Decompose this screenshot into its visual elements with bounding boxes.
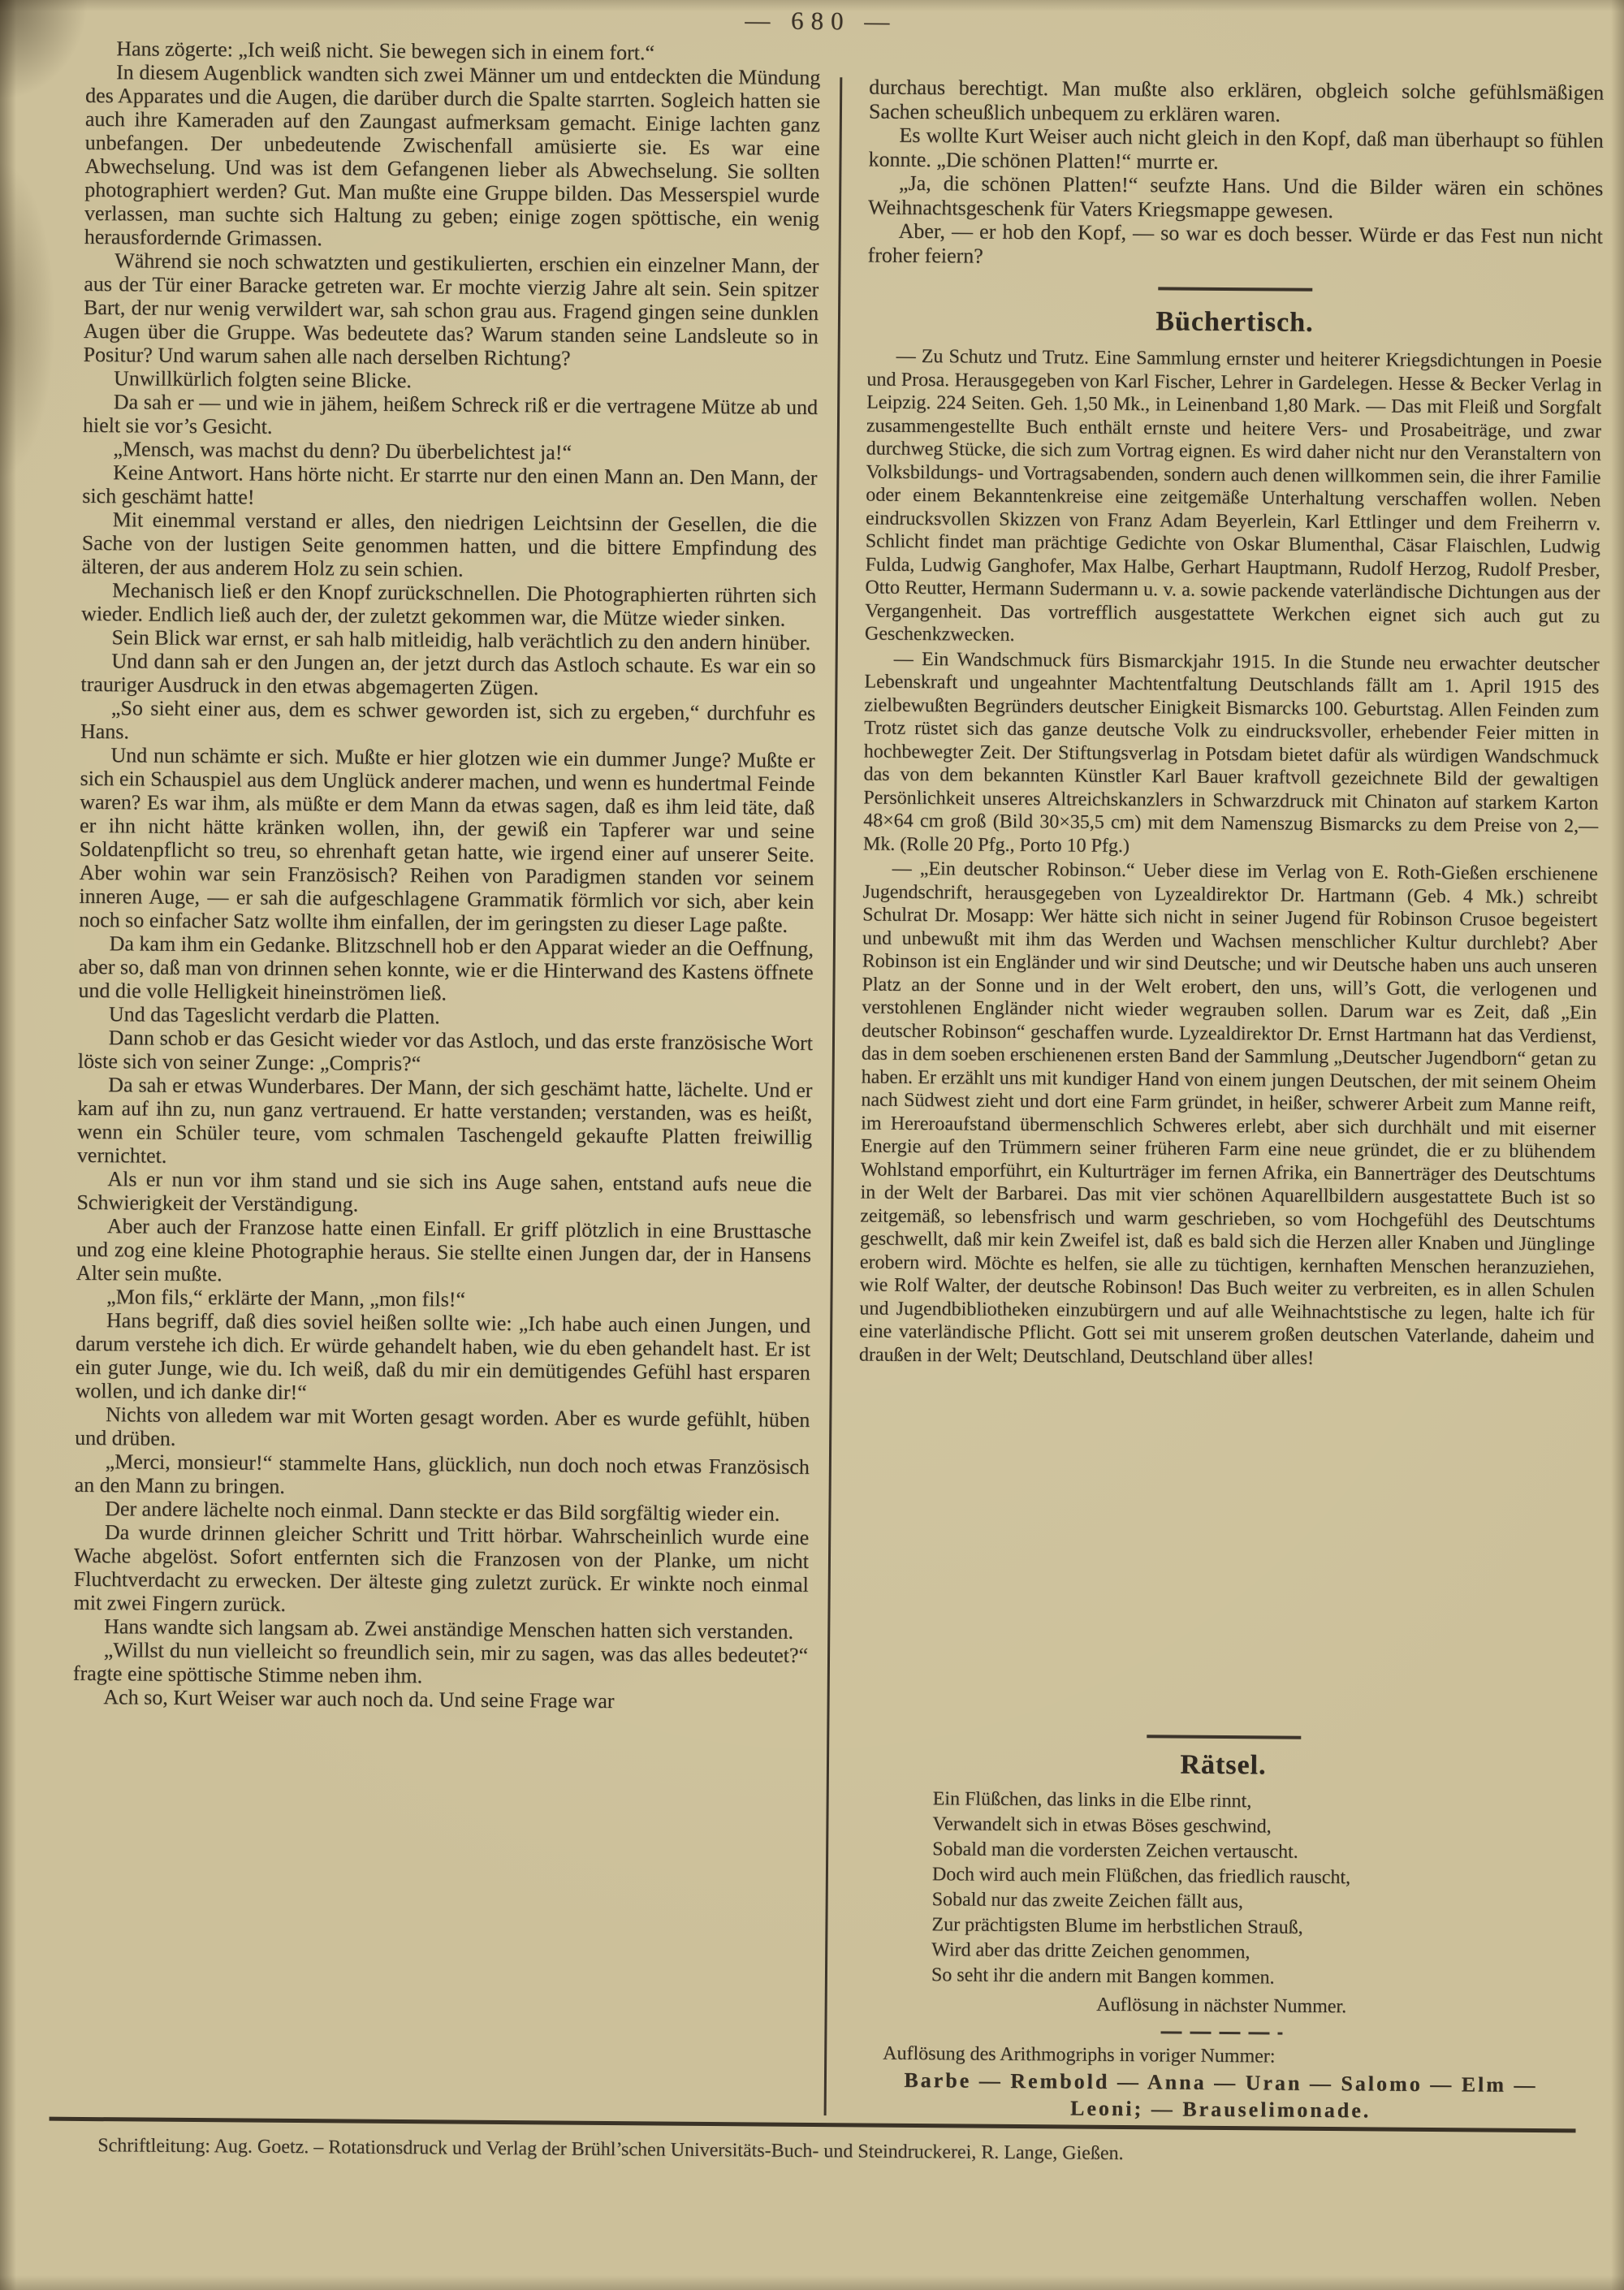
story-paragraph: Keine Antwort. Hans hörte nicht. Er star… — [82, 460, 817, 513]
section-divider — [1147, 1735, 1301, 1739]
footer-imprint: Schriftleitung: Aug. Goetz. – Rotationsd… — [97, 2135, 1518, 2168]
book-review-paragraph: — Zu Schutz und Trutz. Eine Sammlung ern… — [865, 345, 1602, 652]
story-paragraph: Da sah er — und wie in jähem, heißem Sch… — [83, 390, 818, 443]
story-paragraph: Aber auch der Franzose hatte einen Einfa… — [76, 1214, 812, 1290]
story-paragraph: Mit einemmal verstand er alles, den nied… — [81, 508, 817, 584]
story-paragraph: Mechanisch ließ er den Knopf zurückschne… — [81, 578, 816, 631]
page-content: — 680 — Hans zögerte: „Ich weiß nicht. S… — [0, 0, 1624, 2290]
story-paragraph: Da wurde drinnen gleicher Schritt und Tr… — [73, 1520, 809, 1620]
story-continuation: durchaus berechtigt. Man mußte also erkl… — [867, 76, 1604, 273]
story-paragraph: Nichts von alledem war mit Worten gesagt… — [75, 1402, 810, 1455]
book-review-paragraph: — „Ein deutscher Robinson.“ Ueber diese … — [859, 857, 1598, 1372]
dashed-divider — [1160, 2031, 1282, 2034]
story-paragraph: durchaus berechtigt. Man mußte also erkl… — [869, 76, 1604, 129]
story-paragraph: „Willst du nun vielleicht so freundlich … — [73, 1638, 808, 1691]
riddle-line: So seht ihr die andern mit Bangen kommen… — [931, 1963, 1589, 1993]
page-number: — 680 — — [9, 0, 1624, 42]
newspaper-page: — 680 — Hans zögerte: „Ich weiß nicht. S… — [0, 0, 1624, 2290]
story-paragraph: Aber, — er hob den Kopf, — so war es doc… — [867, 219, 1602, 273]
story-paragraph: Und nun schämte er sich. Mußte er hier g… — [79, 743, 815, 937]
story-paragraph: Es wollte Kurt Weiser auch nicht gleich … — [868, 123, 1603, 177]
raetsel-heading: Rätsel. — [856, 1747, 1591, 1783]
story-paragraph: Und dann sah er den Jungen an, der jetzt… — [80, 649, 815, 702]
story-paragraph: „Merci, monsieur!“ stammelte Hans, glück… — [75, 1450, 810, 1502]
story-paragraph: In diesem Augenblick wandten sich zwei M… — [84, 60, 821, 254]
riddle-poem: Ein Flüßchen, das links in die Elbe rinn… — [931, 1787, 1591, 1993]
story-paragraph: „Ja, die schönen Platten!“ seufzte Hans.… — [868, 171, 1603, 225]
riddle-solution-note: Auflösung in nächster Nummer. — [854, 1992, 1589, 2020]
story-paragraph: Als er nun vor ihm stand und sie sich in… — [76, 1167, 811, 1220]
story-paragraph: Während sie noch schwatzten und gestikul… — [84, 248, 819, 372]
story-paragraph: Ach so, Kurt Weiser war auch noch da. Un… — [73, 1685, 808, 1714]
arithmograph-solution-label: Auflösung des Arithmogriphs in voriger N… — [853, 2042, 1588, 2070]
section-divider — [1158, 287, 1312, 291]
riddle-section: Rätsel. Ein Flüßchen, das links in die E… — [853, 1714, 1592, 2125]
story-paragraph: Hans begriff, daß dies soviel heißen sol… — [75, 1308, 810, 1408]
story-paragraph: Dann schob er das Gesicht wieder vor das… — [78, 1026, 813, 1078]
book-review-section: — Zu Schutz und Trutz. Eine Sammlung ern… — [859, 345, 1602, 1374]
story-column: Hans zögerte: „Ich weiß nicht. Sie beweg… — [73, 37, 821, 1714]
right-column: durchaus berechtigt. Man mußte also erkl… — [853, 76, 1605, 2126]
story-paragraph: Da kam ihm ein Gedanke. Blitzschnell hob… — [78, 931, 814, 1008]
story-paragraph: „So sieht einer aus, dem es schwer gewor… — [80, 696, 815, 749]
buechertisch-heading: Büchertisch. — [867, 305, 1602, 341]
column-divider-rule — [824, 77, 843, 2115]
story-paragraph: Da sah er etwas Wunderbares. Der Mann, d… — [77, 1073, 813, 1173]
book-review-paragraph: — Ein Wandschmuck fürs Bismarckjahr 1915… — [863, 647, 1600, 862]
